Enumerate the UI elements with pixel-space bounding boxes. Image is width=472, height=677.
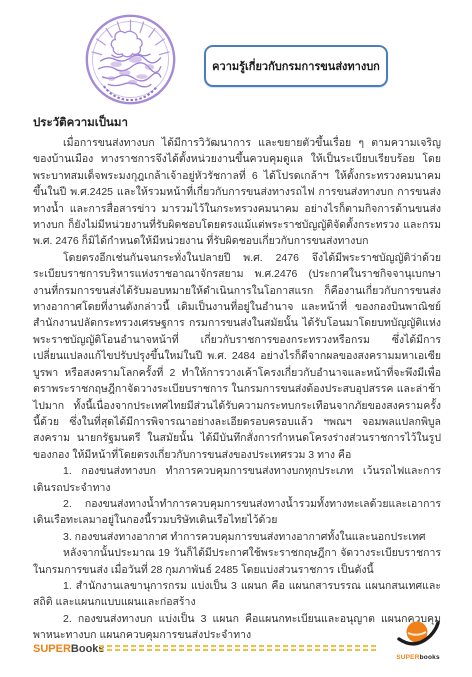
document-body: ประวัติความเป็นมา เมื่อการขนส่งทางบก ได้… [33,114,441,644]
paragraph-decree: หลังจากนั้นประมาณ 19 วันก็ได้มีประกาศใช้… [33,545,441,578]
document-page: ความรู้เกี่ยวกับกรมการขนส่งทางบก ประวัติ… [0,0,472,677]
list-item-transport-division-3: 3. กองขนส่งทางอากาศ ทำการควบคุมการขนส่งท… [33,529,441,545]
list-item-transport-division-2: 2. กองขนส่งทางน้ำทำการควบคุมการขนส่งทางน… [33,496,441,529]
paragraph-history-1: เมื่อการขนส่งทางบก ได้มีการวิวัฒนาการ แล… [33,135,441,250]
superbooks-logo: SUPERbooks [394,619,442,661]
chapter-title: ความรู้เกี่ยวกับกรมการขนส่งทางบก [212,57,380,75]
list-item-secretariat-office: 1. สำนักงานเลขานุการกรม แบ่งเป็น 3 แผนก … [33,578,441,611]
page-footer: SUPERBooks SUPERbooks [33,619,442,661]
department-of-land-transport-seal-icon [83,12,178,107]
logo-text-super: SUPER [396,654,419,661]
footer-dashed-divider [99,645,376,652]
list-item-transport-division-1: 1. กองขนส่งทางบก ทำการควบคุมการขนส่งทางบ… [33,463,441,496]
superbooks-logo-text: SUPERbooks [394,654,442,661]
section-heading: ประวัติความเป็นมา [33,114,441,132]
logo-text-books: books [420,654,440,661]
footer-brand-text: SUPERBooks [33,643,105,655]
paragraph-history-2: โดยตรงอีกเช่นกันจนกระทั่งในปลายปี พ.ศ. 2… [33,250,441,463]
chapter-title-box: ความรู้เกี่ยวกับกรมการขนส่งทางบก [204,45,388,87]
footer-brand-super: SUPER [33,643,71,655]
superbooks-swoosh-icon [396,619,440,649]
